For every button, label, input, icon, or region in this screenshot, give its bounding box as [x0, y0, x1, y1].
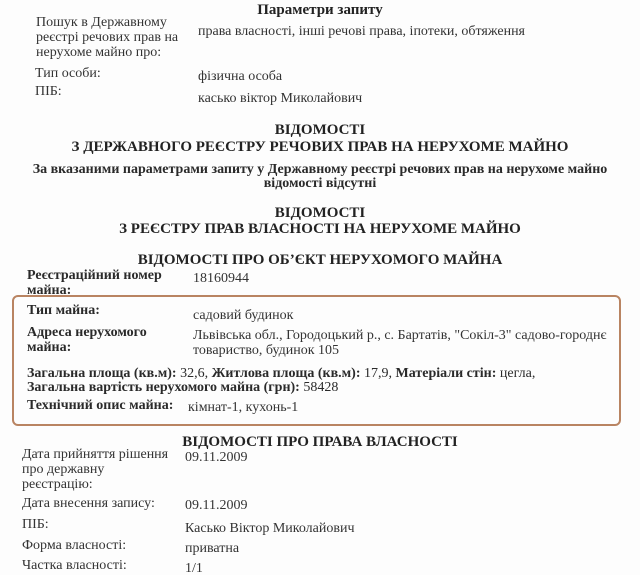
- type-value: садовий будинок: [193, 308, 293, 323]
- share-label: Частка власності:: [22, 558, 127, 573]
- name-value: касько віктор Миколайович: [198, 91, 362, 106]
- decision-date-label: Дата прийняття рішення про державну реєс…: [22, 447, 168, 492]
- search-value: права власності, інші речові права, іпот…: [198, 24, 525, 39]
- total-value-line: Загальна вартість нерухомого майна (грн)…: [27, 380, 338, 395]
- total-value-value: 58428: [300, 380, 339, 395]
- reg-number-label-line: Реєстраційний номер: [27, 268, 162, 283]
- wall-material-value: цегла,: [496, 366, 535, 381]
- state-registry-notice-1: За вказаними параметрами запиту у Держав…: [0, 162, 640, 177]
- decision-date-label-line: Дата прийняття рішення: [22, 447, 168, 462]
- areas-line: Загальна площа (кв.м): 32,6, Житлова пло…: [27, 366, 535, 381]
- owner-name-value: Касько Віктор Миколайович: [185, 521, 355, 536]
- search-label-line: нерухоме майно про:: [36, 45, 178, 60]
- wall-material-label: Матеріали стін:: [396, 366, 497, 381]
- property-object-title: ВІДОМОСТІ ПРО ОБ’ЄКТ НЕРУХОМОГО МАЙНА: [0, 252, 640, 268]
- reg-number-label: Реєстраційний номер майна:: [27, 268, 162, 298]
- address-value: Львівська обл., Городоцький р., с. Барта…: [193, 328, 606, 358]
- tech-desc-value: кімнат-1, кухонь-1: [188, 400, 298, 415]
- ownership-registry-title-2: З РЕЄСТРУ ПРАВ ВЛАСНОСТІ НА НЕРУХОМЕ МАЙ…: [0, 221, 640, 237]
- decision-date-label-line: реєстрацію:: [22, 477, 168, 492]
- decision-date-value: 09.11.2009: [185, 450, 247, 465]
- state-registry-title-1: ВІДОМОСТІ: [0, 122, 640, 138]
- address-value-line: Львівська обл., Городоцький р., с. Барта…: [193, 328, 606, 343]
- search-label-line: реєстрі речових прав на: [36, 30, 178, 45]
- entry-date-value: 09.11.2009: [185, 498, 247, 513]
- address-label: Адреса нерухомого майна:: [27, 325, 147, 355]
- address-value-line: товариство, будинок 105: [193, 343, 606, 358]
- share-value: 1/1: [185, 561, 203, 575]
- ownership-form-value: приватна: [185, 541, 239, 556]
- living-area-value: 17,9,: [361, 366, 396, 381]
- type-label: Тип майна:: [27, 303, 100, 318]
- owner-name-label: ПІБ:: [22, 517, 49, 532]
- tech-desc-label: Технічний опис майна:: [27, 398, 173, 413]
- entry-date-label: Дата внесення запису:: [22, 496, 155, 511]
- total-value-label: Загальна вартість нерухомого майна (грн)…: [27, 380, 300, 395]
- person-type-label: Тип особи:: [35, 66, 101, 81]
- address-label-line: Адреса нерухомого: [27, 325, 147, 340]
- decision-date-label-line: про державну: [22, 462, 168, 477]
- ownership-registry-title-1: ВІДОМОСТІ: [0, 205, 640, 221]
- state-registry-notice-2: відомості відсутні: [0, 176, 640, 191]
- address-label-line: майна:: [27, 340, 147, 355]
- person-type-value: фізична особа: [198, 69, 282, 84]
- living-area-label: Житлова площа (кв.м):: [212, 366, 361, 381]
- search-label-line: Пошук в Державному: [36, 15, 178, 30]
- total-area-label: Загальна площа (кв.м):: [27, 366, 177, 381]
- search-label: Пошук в Державному реєстрі речових прав …: [36, 15, 178, 60]
- name-label: ПІБ:: [35, 84, 62, 99]
- ownership-form-label: Форма власності:: [22, 538, 126, 553]
- reg-number-value: 18160944: [193, 271, 249, 286]
- state-registry-title-2: З ДЕРЖАВНОГО РЕЄСТРУ РЕЧОВИХ ПРАВ НА НЕР…: [0, 139, 640, 155]
- total-area-value: 32,6,: [177, 366, 212, 381]
